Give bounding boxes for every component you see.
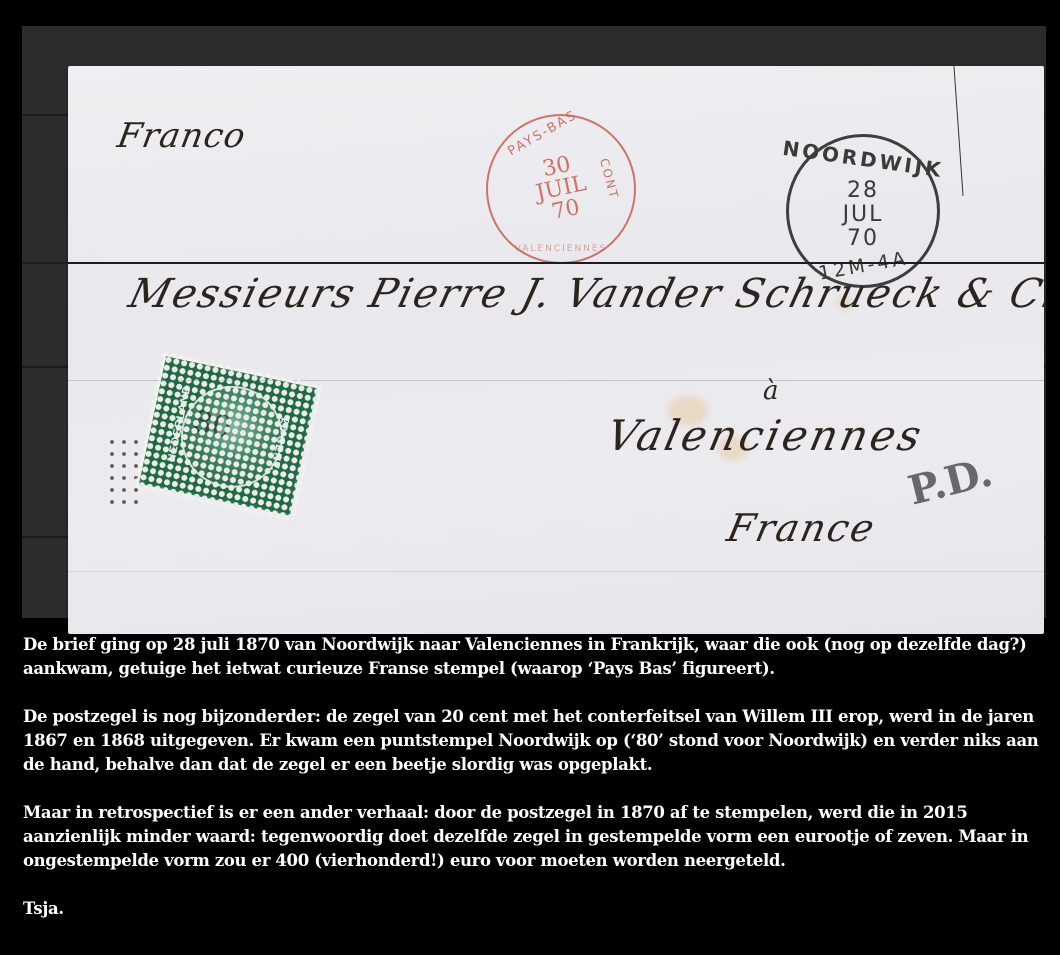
stamp-design: NEDERLAND 20 CENT. 80 xyxy=(139,356,317,515)
handwritten-country: France xyxy=(723,506,880,550)
letter-cover: Franco PAYS-BAS CONT 30 JUIL 70 VALENCIE… xyxy=(68,66,1044,634)
handwritten-city: Valenciennes xyxy=(603,411,929,460)
numeral-cancel: 80 xyxy=(190,404,235,446)
pen-stroke xyxy=(953,66,963,196)
postmark-place: NOORDWIJK xyxy=(781,136,945,182)
postmark-ring-text: CONT xyxy=(597,157,621,201)
caption-paragraph: Maar in retrospectief is er een ander ve… xyxy=(23,801,1053,873)
postmark-ring-text: VALENCIENNES xyxy=(515,244,608,254)
postmark-ring-text: PAYS-BAS xyxy=(505,108,580,160)
handwritten-franco: Franco xyxy=(114,116,249,156)
letter-photo: Franco PAYS-BAS CONT 30 JUIL 70 VALENCIE… xyxy=(22,26,1046,618)
handwritten-addressee: Messieurs Pierre J. Vander Schrueck & Ci… xyxy=(124,271,1044,317)
paper-fold xyxy=(68,571,1044,572)
handwritten-a: à xyxy=(763,376,780,406)
postmark-date: 28 JUL 70 xyxy=(843,179,884,251)
caption-paragraph: De postzegel is nog bijzonderder: de zeg… xyxy=(23,705,1053,777)
caption: De brief ging op 28 juli 1870 van Noordw… xyxy=(23,633,1053,945)
postage-stamp: NEDERLAND 20 CENT. 80 xyxy=(133,350,323,521)
black-postmark-noordwijk: NOORDWIJK 28 JUL 70 12M-4A xyxy=(786,134,940,288)
caption-paragraph: De brief ging op 28 juli 1870 van Noordw… xyxy=(23,633,1053,681)
postmark-date: 30 JUIL 70 xyxy=(529,151,592,226)
red-postmark-pays-bas: PAYS-BAS CONT 30 JUIL 70 VALENCIENNES xyxy=(486,114,636,264)
caption-paragraph: Tsja. xyxy=(23,897,1053,921)
